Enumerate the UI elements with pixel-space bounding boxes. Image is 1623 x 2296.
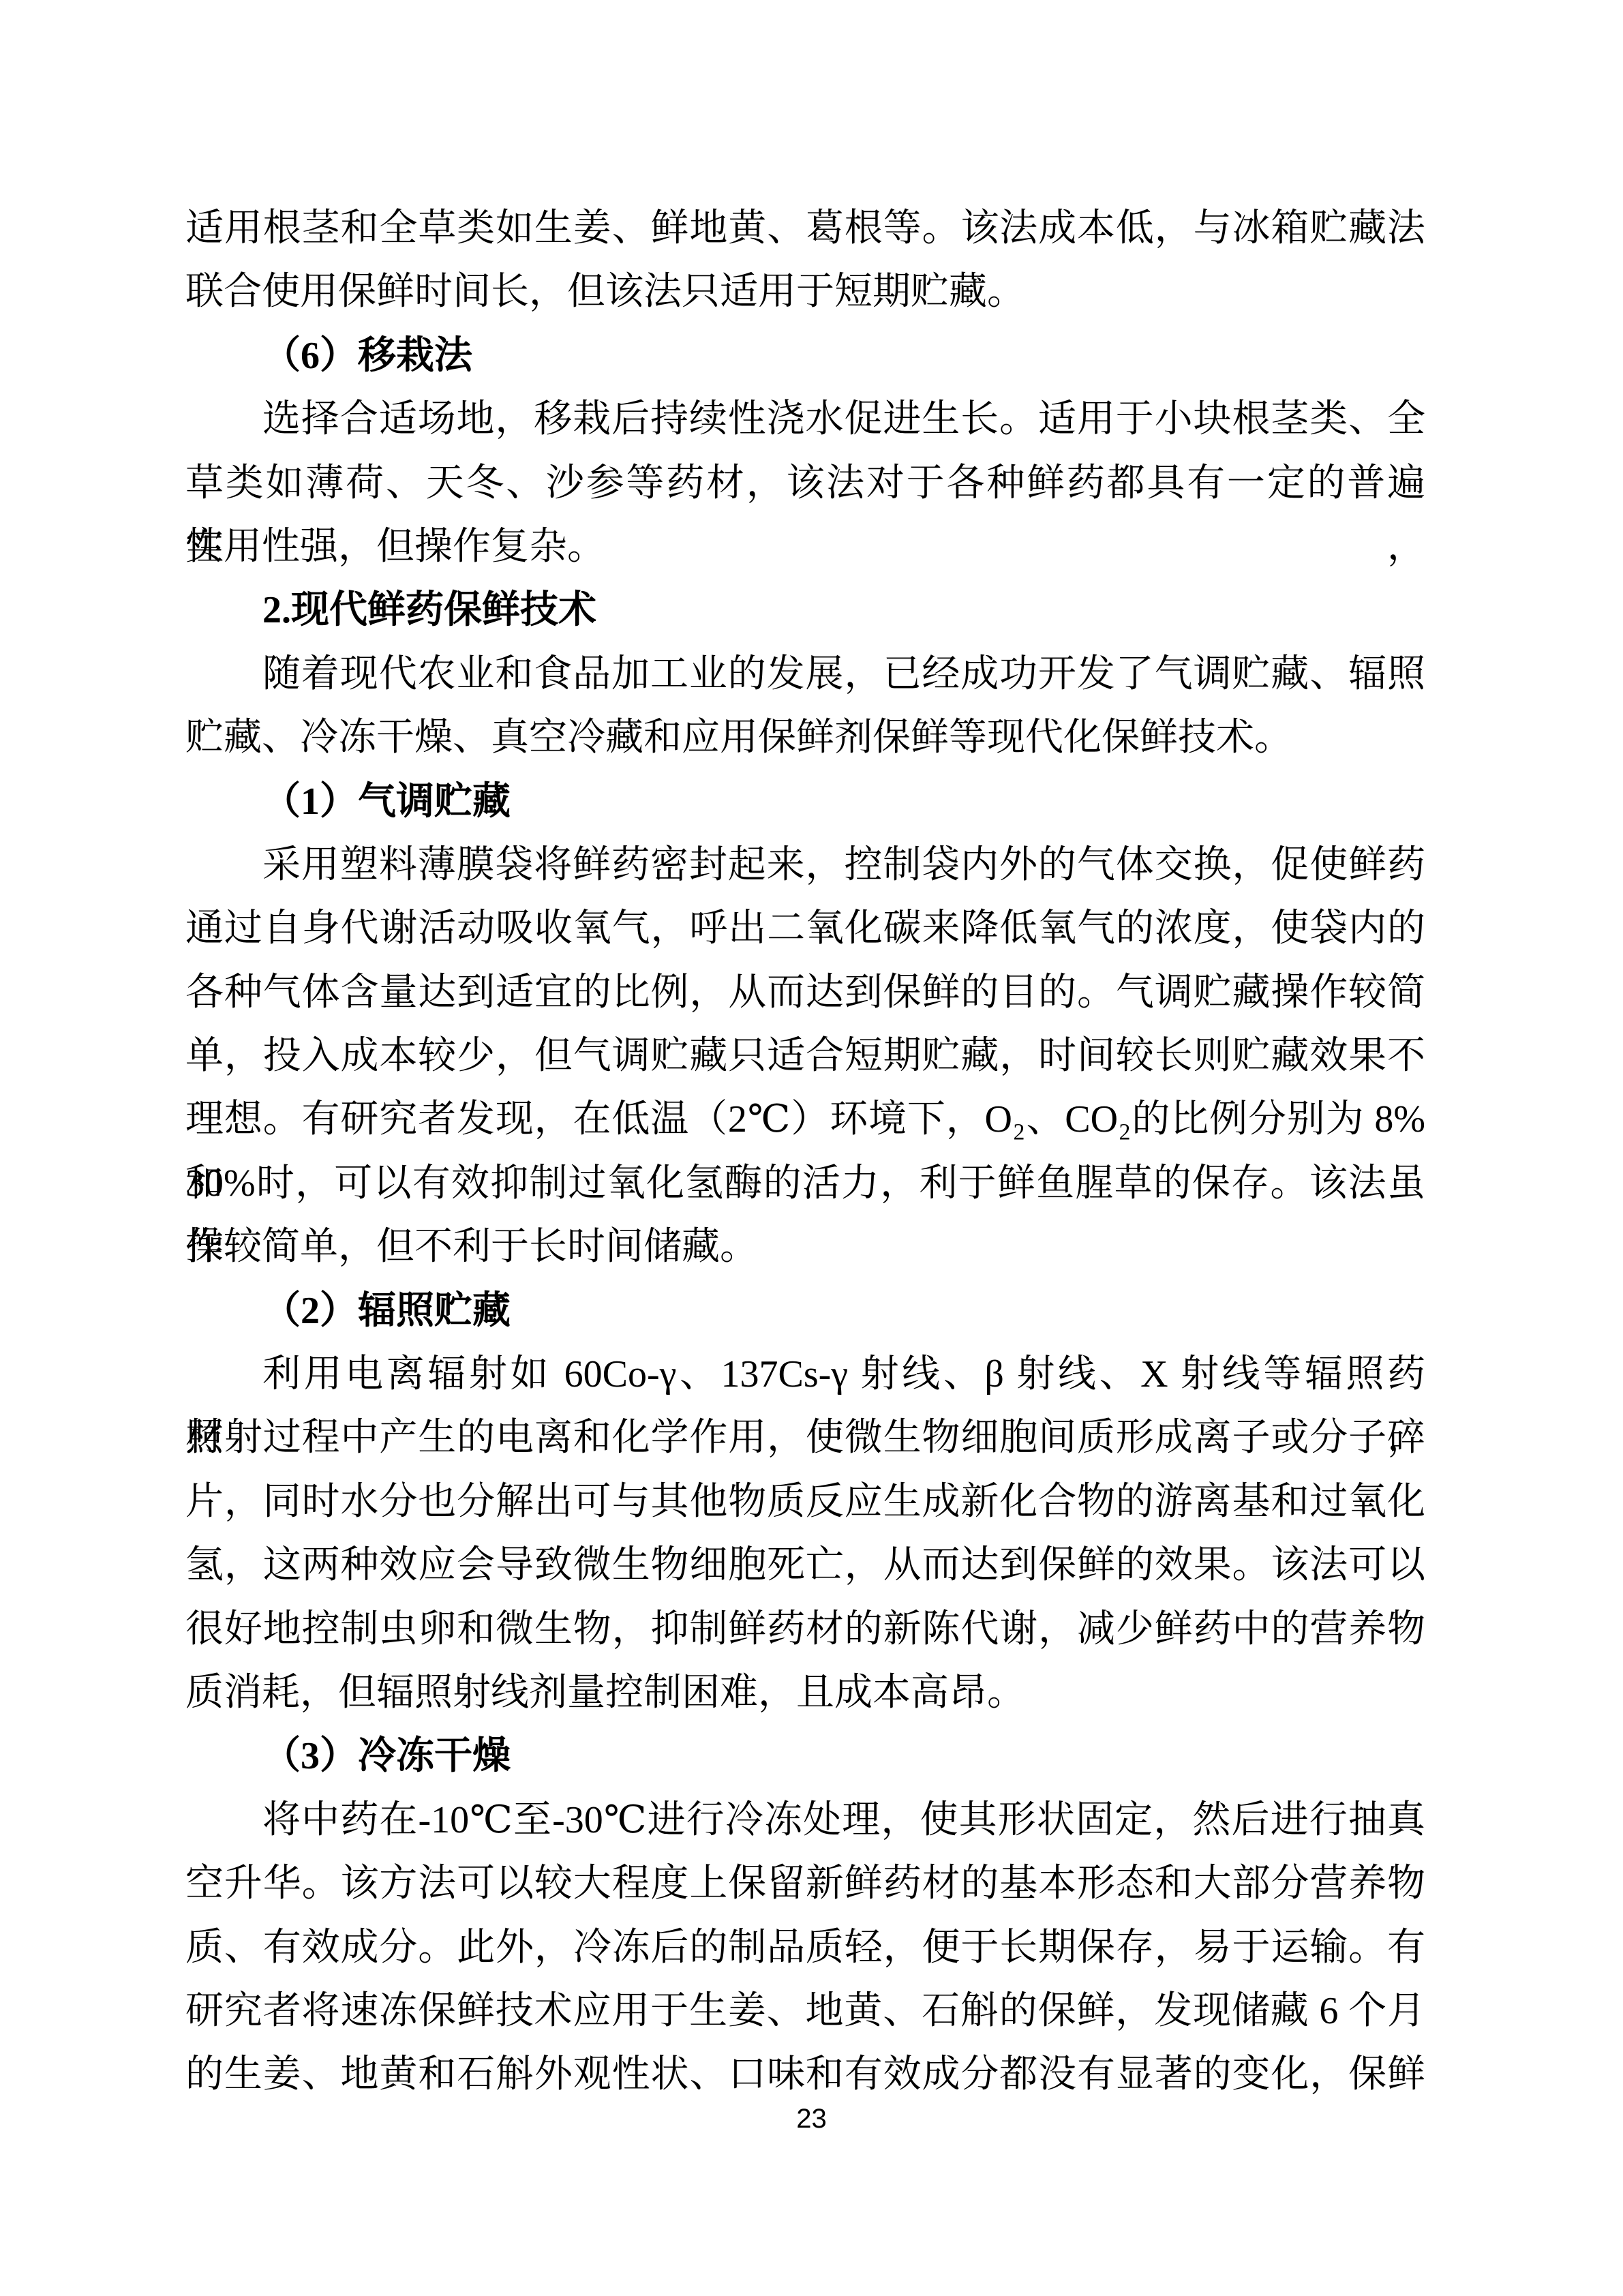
- section-heading: （1）气调贮藏: [185, 770, 1425, 834]
- section-heading: （3）冷冻干燥: [185, 1725, 1425, 1788]
- text-line: 照射过程中产生的电离和化学作用，使微生物细胞间质形成离子或分子碎: [185, 1406, 1425, 1470]
- text-line: 随着现代农业和食品加工业的发展，已经成功开发了气调贮藏、辐照: [185, 643, 1425, 706]
- text-line: 研究者将速冻保鲜技术应用于生姜、地黄、石斛的保鲜，发现储藏 6 个月: [185, 1980, 1425, 2043]
- document-page: 适用根茎和全草类如生姜、鲜地黄、葛根等。该法成本低，与冰箱贮藏法 联合使用保鲜时…: [0, 0, 1623, 2296]
- text-body: 适用根茎和全草类如生姜、鲜地黄、葛根等。该法成本低，与冰箱贮藏法 联合使用保鲜时…: [185, 197, 1425, 2107]
- text-line: 作较简单，但不利于长时间储藏。: [185, 1215, 1425, 1279]
- text-line: 利用电离辐射如 60Co-γ、137Cs-γ 射线、β 射线、X 射线等辐照药材…: [185, 1343, 1425, 1406]
- text-line: 质消耗，但辐照射线剂量控制困难，且成本高昂。: [185, 1661, 1425, 1725]
- text-line: 氢，这两种效应会导致微生物细胞死亡，从而达到保鲜的效果。该法可以: [185, 1534, 1425, 1597]
- text-line: 适用根茎和全草类如生姜、鲜地黄、葛根等。该法成本低，与冰箱贮藏法: [185, 197, 1425, 260]
- section-heading: 2.现代鲜药保鲜技术: [185, 579, 1425, 642]
- text-line: 联合使用保鲜时间长，但该法只适用于短期贮藏。: [185, 260, 1425, 324]
- text-line: 质、有效成分。此外，冷冻后的制品质轻，便于长期保存，易于运输。有: [185, 1916, 1425, 1980]
- text-line: 空升华。该方法可以较大程度上保留新鲜药材的基本形态和大部分营养物: [185, 1852, 1425, 1916]
- text-line: 单，投入成本较少，但气调贮藏只适合短期贮藏，时间较长则贮藏效果不: [185, 1025, 1425, 1088]
- text-line: 选择合适场地，移栽后持续性浇水促进生长。适用于小块根茎类、全: [185, 388, 1425, 451]
- text-line: 30%时，可以有效抑制过氧化氢酶的活力，利于鲜鱼腥草的保存。该法虽操: [185, 1152, 1425, 1215]
- text-line: 的生姜、地黄和石斛外观性状、口味和有效成分都没有显著的变化，保鲜: [185, 2043, 1425, 2106]
- text-line: 片，同时水分也分解出可与其他物质反应生成新化合物的游离基和过氧化: [185, 1470, 1425, 1534]
- section-heading: （2）辐照贮藏: [185, 1280, 1425, 1343]
- text-line: 草类如薄荷、天冬、沙参等药材，该法对于各种鲜药都具有一定的普遍性，: [185, 452, 1425, 515]
- text-line: 很好地控制虫卵和微生物，抑制鲜药材的新陈代谢，减少鲜药中的营养物: [185, 1598, 1425, 1661]
- section-heading: （6）移栽法: [185, 324, 1425, 388]
- text-line: 通过自身代谢活动吸收氧气，呼出二氧化碳来降低氧气的浓度，使袋内的: [185, 897, 1425, 961]
- text-line: 各种气体含量达到适宜的比例，从而达到保鲜的目的。气调贮藏操作较简: [185, 961, 1425, 1025]
- text-line: 理想。有研究者发现，在低温（2℃）环境下，O₂、CO₂的比例分别为 8%和: [185, 1088, 1425, 1151]
- page-number: 23: [0, 2098, 1623, 2139]
- text-line: 贮藏、冷冻干燥、真空冷藏和应用保鲜剂保鲜等现代化保鲜技术。: [185, 706, 1425, 770]
- text-line: 采用塑料薄膜袋将鲜药密封起来，控制袋内外的气体交换，促使鲜药: [185, 834, 1425, 897]
- text-line: 将中药在-10℃至-30℃进行冷冻处理，使其形状固定，然后进行抽真: [185, 1789, 1425, 1852]
